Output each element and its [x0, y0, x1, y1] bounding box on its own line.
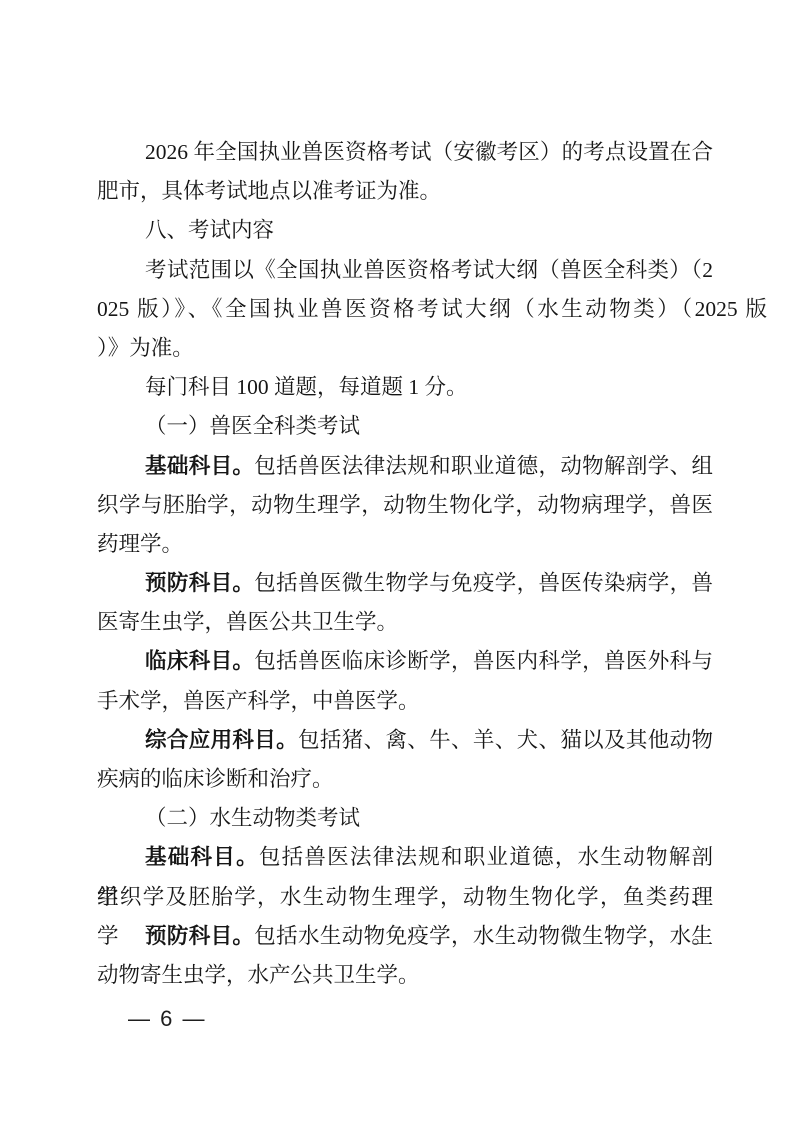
subject-label: 预防科目。 [145, 924, 254, 948]
text-line: 每门科目 100 道题，每道题 1 分。 [97, 368, 713, 407]
line-text: 包括兽医法律法规和职业道德，动物解剖学、组 [254, 454, 713, 478]
text-line: 疾病的临床诊断和治疗。 [97, 760, 713, 799]
document-body: 2026 年全国执业兽医资格考试（安徽考区）的考点设置在合 肥市，具体考试地点以… [97, 133, 713, 995]
text-line: 综合应用科目。包括猪、禽、牛、羊、犬、猫以及其他动物 [97, 721, 713, 760]
section-heading: 八、考试内容 [97, 211, 713, 250]
text-line: 基础科目。包括兽医法律法规和职业道德，水生动物解剖学、 [97, 838, 713, 877]
subject-label: 临床科目。 [145, 649, 254, 673]
text-line: 组织学及胚胎学，水生动物生理学，动物生物化学，鱼类药理学。 [97, 878, 713, 917]
text-line: 肥市，具体考试地点以准考证为准。 [97, 172, 713, 211]
line-text: 包括兽医临床诊断学，兽医内科学，兽医外科与 [254, 649, 713, 673]
text-line: 基础科目。包括兽医法律法规和职业道德，动物解剖学、组 [97, 447, 713, 486]
line-text: 包括水生动物免疫学，水生动物微生物学，水生 [254, 924, 713, 948]
subsection-heading: （一）兽医全科类考试 [97, 407, 713, 446]
text-line: 动物寄生虫学，水产公共卫生学。 [97, 956, 713, 995]
subject-label: 综合应用科目。 [145, 728, 298, 752]
text-line: 025 版）》、《全国执业兽医资格考试大纲（水生动物类）（2025 版 [97, 290, 767, 329]
text-line: ）》为准。 [97, 329, 713, 368]
text-line: 手术学，兽医产科学，中兽医学。 [97, 682, 713, 721]
text-line: 药理学。 [97, 525, 713, 564]
text-line: 预防科目。包括水生动物免疫学，水生动物微生物学，水生 [97, 917, 713, 956]
text-line: 考试范围以《全国执业兽医资格考试大纲（兽医全科类）（2 [97, 251, 713, 290]
subject-label: 预防科目。 [145, 571, 254, 595]
subsection-heading: （二）水生动物类考试 [97, 799, 713, 838]
text-line: 织学与胚胎学，动物生理学，动物生物化学，动物病理学，兽医 [97, 486, 713, 525]
subject-label: 基础科目。 [145, 454, 254, 478]
line-text: 包括猪、禽、牛、羊、犬、猫以及其他动物 [298, 728, 713, 752]
subject-label: 基础科目。 [145, 845, 259, 869]
text-line: 预防科目。包括兽医微生物学与免疫学，兽医传染病学，兽 [97, 564, 713, 603]
page-number: — 6 — [128, 1004, 206, 1034]
text-line: 2026 年全国执业兽医资格考试（安徽考区）的考点设置在合 [97, 133, 713, 172]
document-page: 2026 年全国执业兽医资格考试（安徽考区）的考点设置在合 肥市，具体考试地点以… [0, 0, 793, 1122]
text-line: 医寄生虫学，兽医公共卫生学。 [97, 603, 713, 642]
line-text: 包括兽医微生物学与免疫学，兽医传染病学，兽 [254, 571, 713, 595]
text-line: 临床科目。包括兽医临床诊断学，兽医内科学，兽医外科与 [97, 642, 713, 681]
